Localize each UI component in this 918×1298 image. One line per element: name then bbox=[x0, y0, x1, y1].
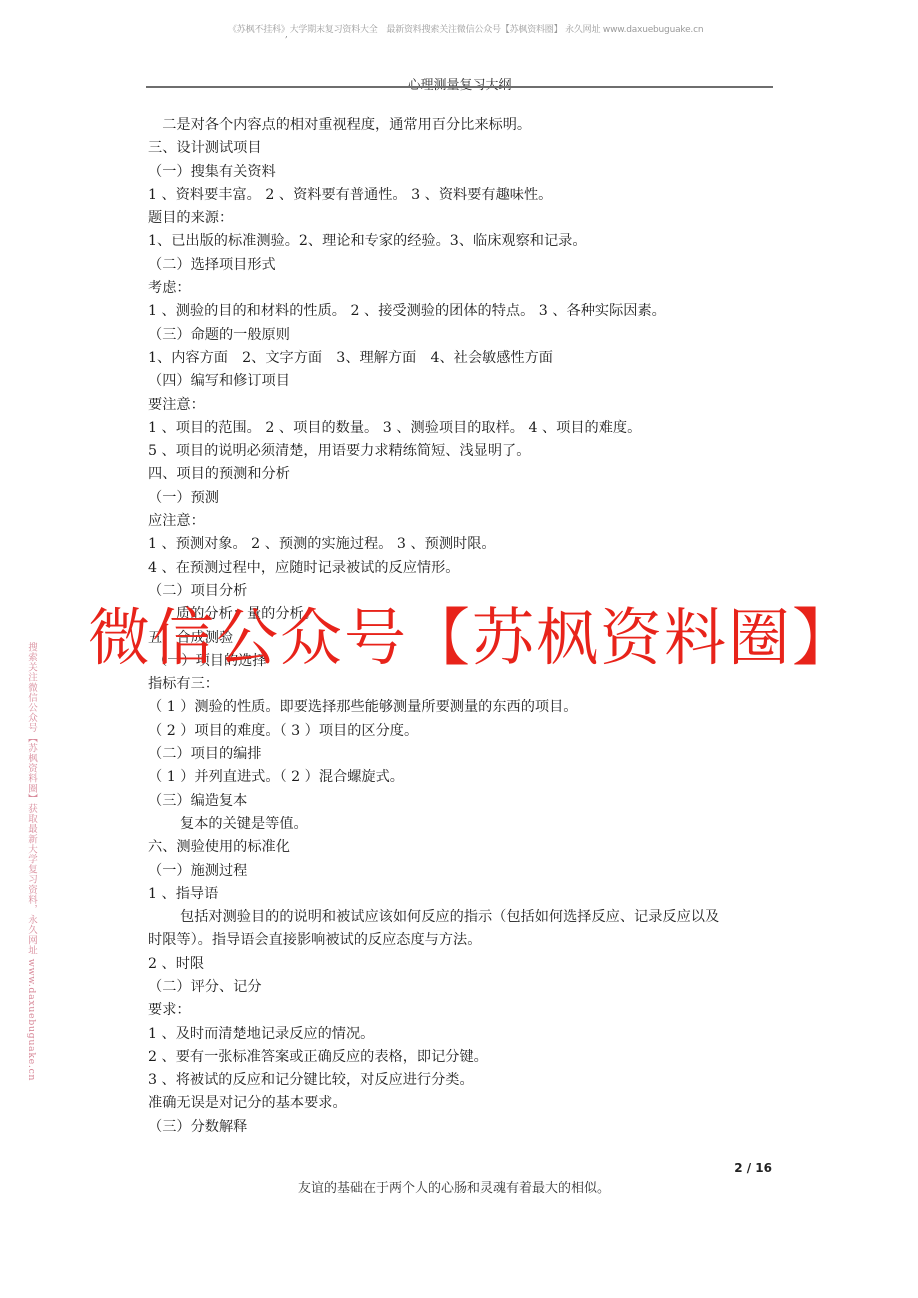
body-line: 要注意： bbox=[148, 394, 778, 417]
body-line: 4 、在预测过程中，应随时记录被试的反应情形。 bbox=[148, 557, 778, 580]
body-line: 应注意： bbox=[148, 510, 778, 533]
subsection-heading: （二）选择项目形式 bbox=[148, 254, 778, 277]
body-line: 5 、项目的说明必须清楚，用语要力求精练简短、浅显明了。 bbox=[148, 440, 778, 463]
section-heading: 四、项目的预测和分析 bbox=[148, 463, 778, 486]
body-line: （ 1 ）测验的性质。即要选择那些能够测量所要测量的东西的项目。 bbox=[148, 696, 778, 719]
body-line: 1 、预测对象。 2 、预测的实施过程。 3 、预测时限。 bbox=[148, 533, 778, 556]
body-line: （ 2 ）项目的难度。（ 3 ）项目的区分度。 bbox=[148, 720, 778, 743]
body-line: 题目的来源： bbox=[148, 207, 778, 230]
body-line: 包括对测验目的的说明和被试应该如何反应的指示（包括如何选择反应、记录反应以及 bbox=[148, 906, 778, 929]
body-line: 2 、要有一张标准答案或正确反应的表格，即记分键。 bbox=[148, 1046, 778, 1069]
subsection-heading: （一）预测 bbox=[148, 487, 778, 510]
side-watermark-text: 搜索关注微信公众号【苏枫资料圈】获取最新大学复习资料，永久网址 www.daxu… bbox=[24, 642, 38, 1081]
footer-quote: 友谊的基础在于两个人的心肠和灵魂有着最大的相似。 bbox=[298, 1177, 610, 1196]
body-line: 1、已出版的标准测验。2、理论和专家的经验。3、临床观察和记录。 bbox=[148, 230, 778, 253]
body-line: （ 1 ）并列直进式。（ 2 ）混合螺旋式。 bbox=[148, 766, 778, 789]
subsection-heading: （二）评分、记分 bbox=[148, 976, 778, 999]
subsection-heading: （三）分数解释 bbox=[148, 1116, 778, 1139]
running-header-title: 心理测量复习大纲 bbox=[147, 74, 772, 93]
body-line: 准确无误是对记分的基本要求。 bbox=[148, 1092, 778, 1115]
body-line: 1 、资料要丰富。 2 、资料要有普通性。 3 、资料要有趣味性。 bbox=[148, 184, 778, 207]
body-line: 3 、将被试的反应和记分键比较，对反应进行分类。 bbox=[148, 1069, 778, 1092]
top-banner-mark: , bbox=[285, 30, 288, 40]
section-heading: 三、设计测试项目 bbox=[148, 137, 778, 160]
subsection-heading: （三）编造复本 bbox=[148, 790, 778, 813]
header-divider bbox=[146, 86, 773, 88]
subsection-heading: （二）项目的编排 bbox=[148, 743, 778, 766]
body-line: 二是对各个内容点的相对重视程度，通常用百分比来标明。 bbox=[148, 114, 778, 137]
body-line: 时限等）。指导语会直接影响被试的反应态度与方法。 bbox=[148, 929, 778, 952]
subsection-heading: （一）施测过程 bbox=[148, 860, 778, 883]
body-line: 2 、时限 bbox=[148, 953, 778, 976]
subsection-heading: （一）搜集有关资料 bbox=[148, 161, 778, 184]
body-line: 1 、及时而清楚地记录反应的情况。 bbox=[148, 1023, 778, 1046]
body-line: 复本的关键是等值。 bbox=[148, 813, 778, 836]
subsection-heading: （四）编写和修订项目 bbox=[148, 370, 778, 393]
body-line: 要求： bbox=[148, 999, 778, 1022]
section-heading: 六、测验使用的标准化 bbox=[148, 836, 778, 859]
watermark-overlay: 微信公众号【苏枫资料圈】 bbox=[88, 598, 856, 678]
page-number: 2 / 16 bbox=[720, 1161, 772, 1175]
body-line: 考虑： bbox=[148, 277, 778, 300]
subsection-heading: （三）命题的一般原则 bbox=[148, 324, 778, 347]
body-line: 1、内容方面 2、文字方面 3、理解方面 4、社会敏感性方面 bbox=[148, 347, 778, 370]
body-line: 1 、指导语 bbox=[148, 883, 778, 906]
body-line: 1 、项目的范围。 2 、项目的数量。 3 、测验项目的取样。 4 、项目的难度… bbox=[148, 417, 778, 440]
body-line: 1 、测验的目的和材料的性质。 2 、接受测验的团体的特点。 3 、各种实际因素… bbox=[148, 300, 778, 323]
top-banner: 《苏枫不挂科》大学期末复习资料大全 最新资料搜索关注微信公众号【苏枫资料圈】 永… bbox=[228, 22, 698, 35]
